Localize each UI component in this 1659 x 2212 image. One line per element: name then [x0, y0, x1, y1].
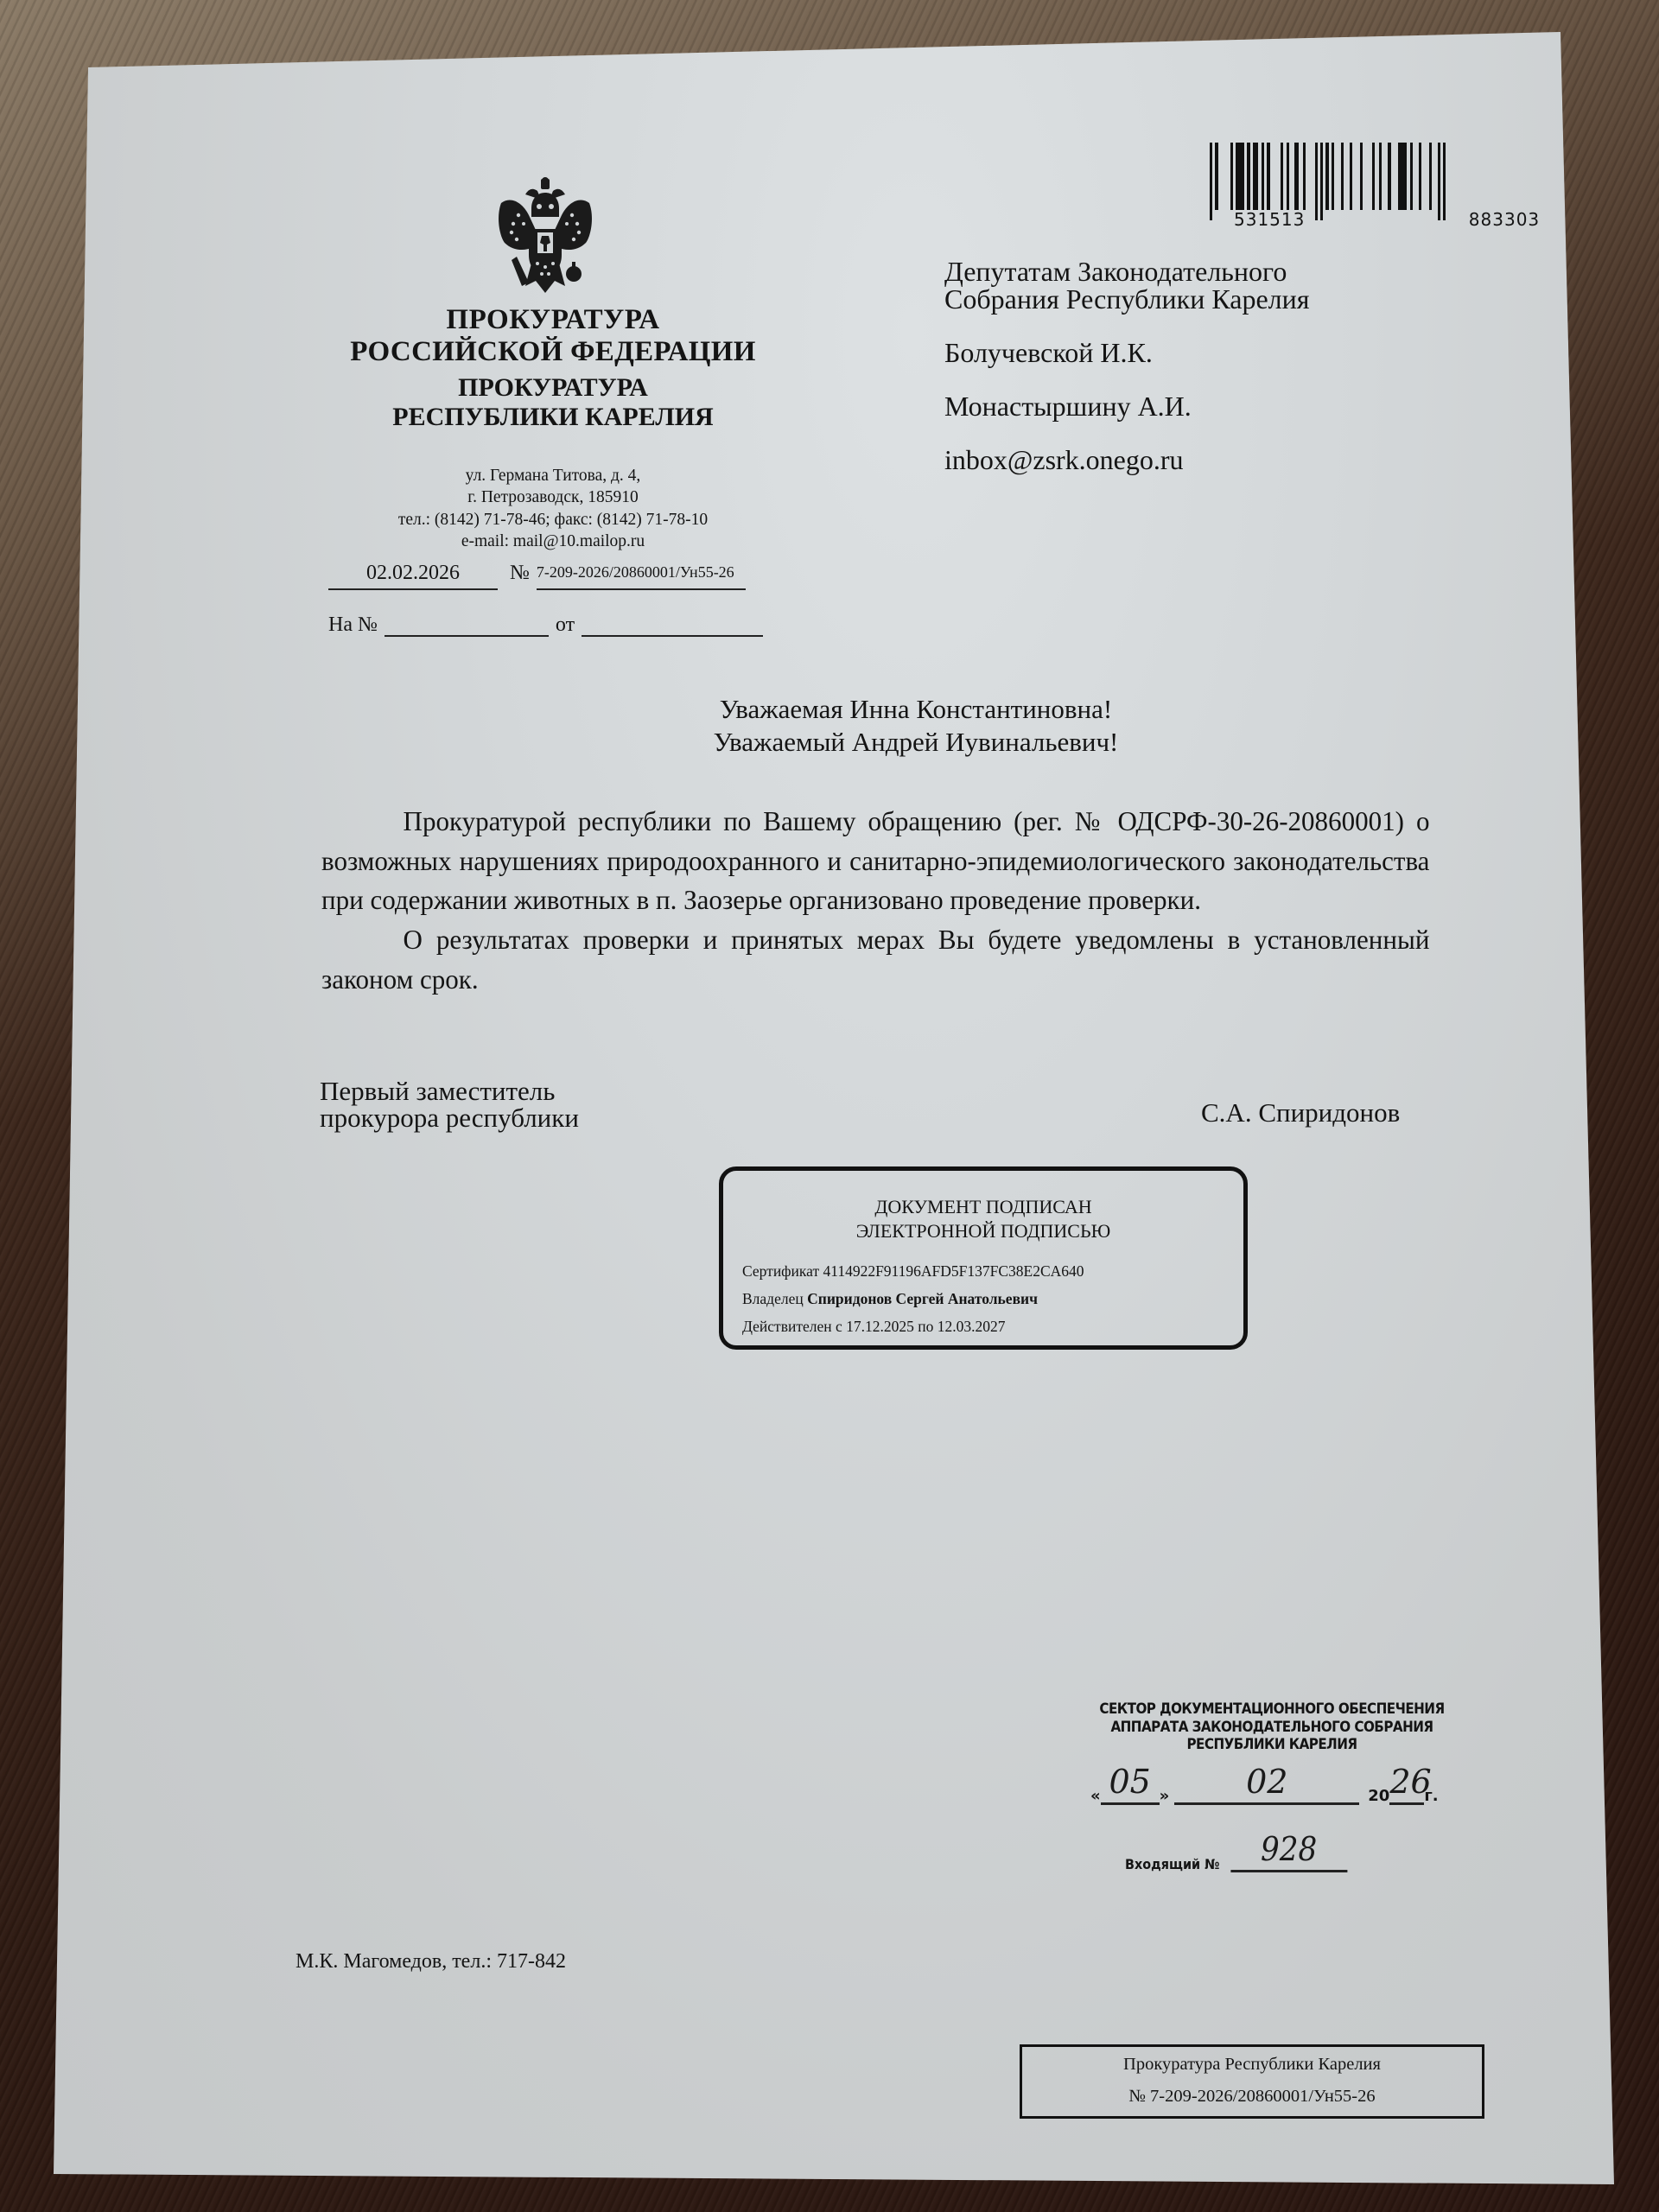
handwritten-incoming-number: 928 [1230, 1830, 1347, 1868]
salutation: Уважаемая Инна Константиновна! Уважаемый… [639, 693, 1192, 759]
stamp-month-field: 02 [1174, 1780, 1359, 1805]
incoming-registration-stamp: СЕКТОР ДОКУМЕНТАЦИОННОГО ОБЕСПЕЧЕНИЯ АПП… [1073, 1700, 1471, 1754]
address-street: ул. Германа Титова, д. 4, [311, 465, 795, 486]
addressee-recipient: Монастыршину А.И. [944, 392, 1309, 420]
salutation-line: Уважаемый Андрей Иувинальевич! [639, 726, 1192, 759]
outgoing-date: 02.02.2026 [328, 562, 498, 590]
org-name-line: ПРОКУРАТУРА [311, 373, 795, 403]
esign-valid-to-label: по [918, 1318, 933, 1335]
address-city: г. Петрозаводск, 185910 [311, 486, 795, 508]
stamp-day-field: 05 [1101, 1780, 1160, 1805]
esign-owner-label: Владелец [742, 1290, 804, 1307]
barcode-digits-right: 883303 [1469, 209, 1540, 230]
reference-org: Прокуратура Республики Карелия [1022, 2056, 1482, 2074]
electronic-signature-stamp: ДОКУМЕНТ ПОДПИСАН ЭЛЕКТРОННОЙ ПОДПИСЬЮ С… [719, 1166, 1248, 1350]
handwritten-month: 02 [1174, 1763, 1359, 1801]
stamp-year-field: 26 [1389, 1780, 1424, 1805]
organization-header: ПРОКУРАТУРА РОССИЙСКОЙ ФЕДЕРАЦИИ ПРОКУРА… [311, 304, 795, 431]
addressee-email: inbox@zsrk.onego.ru [944, 446, 1309, 474]
addressee-recipient: Болучевской И.К. [944, 339, 1309, 366]
stamp-org-line: СЕКТОР ДОКУМЕНТАЦИОННОГО ОБЕСПЕЧЕНИЯ [1073, 1700, 1471, 1719]
addressee-org-line: Депутатам Законодательного [944, 257, 1309, 285]
stamp-org-line: РЕСПУБЛИКИ КАРЕЛИЯ [1073, 1736, 1471, 1754]
reply-to-label: На № [328, 613, 378, 637]
reference-number: № 7-209-2026/20860001/Ун55-26 [1022, 2088, 1482, 2106]
reply-reference: На № от [328, 613, 763, 637]
reply-to-number-blank [385, 620, 549, 637]
signatory-title: Первый заместитель прокурора республики [320, 1077, 579, 1131]
barcode-number: 531513 883303 [1234, 209, 1540, 230]
reply-from-date-blank [582, 620, 763, 637]
number-sign: № [510, 562, 530, 590]
esign-valid-to: 12.03.2027 [938, 1318, 1006, 1335]
addressee-org-line: Собрания Республики Карелия [944, 285, 1309, 313]
signatory-name: С.А. Спиридонов [1201, 1097, 1400, 1128]
barcode-digits-left: 531513 [1234, 209, 1305, 230]
outgoing-number: 7-209-2026/20860001/Ун55-26 [537, 563, 746, 590]
signatory-title-line: прокурора республики [320, 1104, 579, 1131]
esign-title: ДОКУМЕНТ ПОДПИСАН ЭЛЕКТРОННОЙ ПОДПИСЬЮ [723, 1195, 1243, 1243]
body-paragraph: О результатах проверки и принятых мерах … [321, 920, 1429, 999]
esign-title-line: ДОКУМЕНТ ПОДПИСАН [723, 1195, 1243, 1219]
organization-address: ул. Германа Титова, д. 4, г. Петрозаводс… [311, 465, 795, 552]
esign-owner: Владелец Спиридонов Сергей Анатольевич [742, 1290, 1038, 1308]
outgoing-registration: 02.02.2026 № 7-209-2026/20860001/Ун55-26 [328, 562, 746, 590]
body-paragraph: Прокуратурой республики по Вашему обраще… [321, 802, 1429, 920]
handwritten-year: 26 [1389, 1763, 1424, 1801]
stamp-date: « 05 » 02 20 26 г. [1090, 1780, 1439, 1805]
stamp-org-line: АППАРАТА ЗАКОНОДАТЕЛЬНОГО СОБРАНИЯ [1073, 1719, 1471, 1737]
stamp-year-prefix: 20 [1368, 1787, 1389, 1805]
address-email: e-mail: mail@10.mailop.ru [311, 531, 795, 552]
stamp-quote-close: » [1160, 1787, 1170, 1805]
esign-valid-from: 17.12.2025 [846, 1318, 914, 1335]
stamp-quote-open: « [1090, 1787, 1101, 1805]
reference-box: Прокуратура Республики Карелия № 7-209-2… [1020, 2044, 1484, 2119]
salutation-line: Уважаемая Инна Константиновна! [639, 693, 1192, 726]
org-name-line: РОССИЙСКОЙ ФЕДЕРАЦИИ [311, 336, 795, 368]
esign-certificate-label: Сертификат [742, 1262, 819, 1280]
letter-page: ПРОКУРАТУРА РОССИЙСКОЙ ФЕДЕРАЦИИ ПРОКУРА… [0, 0, 1659, 2212]
incoming-number-field: 928 [1230, 1846, 1347, 1872]
coat-of-arms-icon [494, 177, 596, 298]
letter-body: Прокуратурой республики по Вашему обраще… [321, 802, 1429, 999]
esign-valid-label: Действителен с [742, 1318, 842, 1335]
addressee-block: Депутатам Законодательного Собрания Респ… [944, 257, 1309, 474]
signatory-title-line: Первый заместитель [320, 1077, 579, 1104]
incoming-number-label: Входящий № [1125, 1856, 1219, 1872]
esign-certificate-value: 4114922F91196AFD5F137FC38E2CA640 [823, 1262, 1084, 1280]
incoming-number-row: Входящий № 928 [1125, 1846, 1347, 1872]
esign-certificate: Сертификат 4114922F91196AFD5F137FC38E2CA… [742, 1262, 1084, 1281]
esign-owner-value: Спиридонов Сергей Анатольевич [807, 1290, 1038, 1307]
address-phones: тел.: (8142) 71-78-46; факс: (8142) 71-7… [311, 509, 795, 531]
esign-validity: Действителен с 17.12.2025 по 12.03.2027 [742, 1318, 1006, 1336]
esign-title-line: ЭЛЕКТРОННОЙ ПОДПИСЬЮ [723, 1219, 1243, 1243]
reply-from-label: от [556, 613, 575, 637]
executor-contact: М.К. Магомедов, тел.: 717-842 [296, 1950, 566, 1974]
handwritten-day: 05 [1101, 1763, 1160, 1801]
org-name-line: ПРОКУРАТУРА [311, 304, 795, 336]
org-name-line: РЕСПУБЛИКИ КАРЕЛИЯ [311, 403, 795, 432]
